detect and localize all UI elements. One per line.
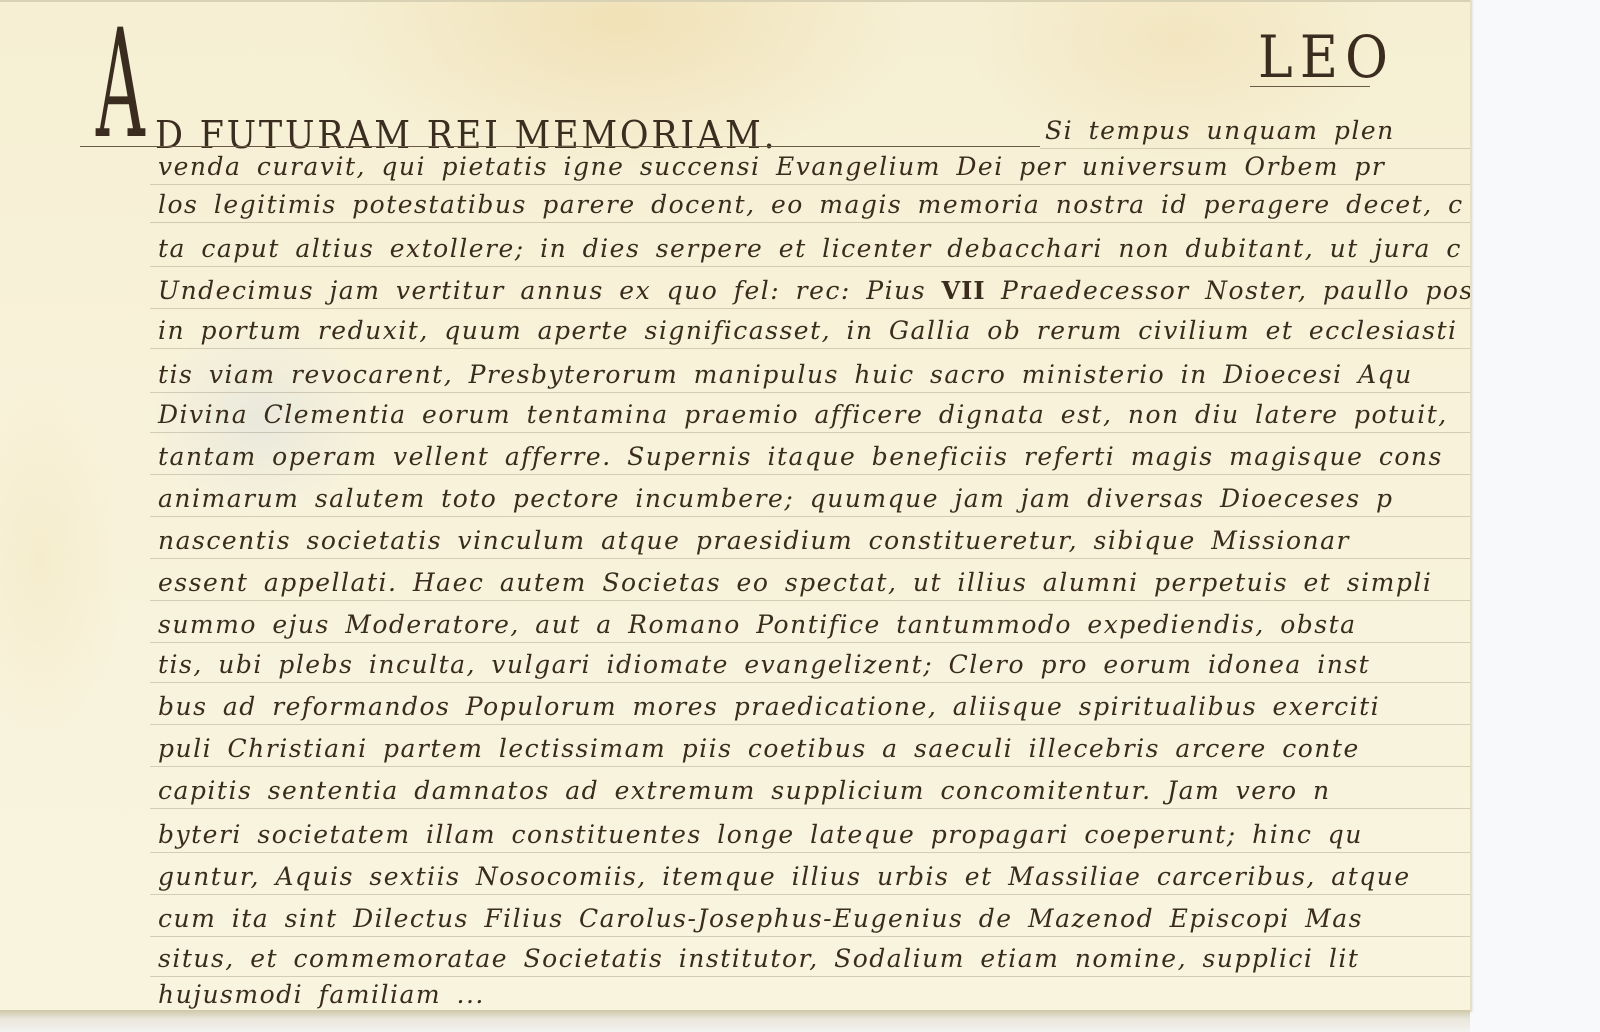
- ruled-line: [150, 308, 1470, 309]
- ruled-line: [150, 936, 1470, 937]
- ruled-line: [150, 766, 1470, 767]
- ruled-line: [150, 642, 1470, 643]
- scan-bottom-edge: [0, 1010, 1470, 1032]
- manuscript-line: Si tempus unquam plen: [1045, 116, 1395, 145]
- manuscript-line: animarum salutem toto pectore incumbere;…: [158, 484, 1394, 513]
- manuscript-line: Divina Clementia eorum tentamina praemio…: [158, 400, 1448, 429]
- manuscript-line: puli Christiani partem lectissimam piis …: [158, 734, 1360, 763]
- ruled-line: [150, 266, 1470, 267]
- ruled-line: [150, 432, 1470, 433]
- ruled-line: [150, 222, 1470, 223]
- manuscript-line: venda curavit, qui pietatis igne succens…: [158, 152, 1385, 181]
- manuscript-line: Undecimus jam vertitur annus ex quo fel:…: [158, 276, 1470, 305]
- manuscript-line: ta caput altius extollere; in dies serpe…: [158, 234, 1462, 263]
- manuscript-line: nascentis societatis vinculum atque prae…: [158, 526, 1350, 555]
- manuscript-line: essent appellati. Haec autem Societas eo…: [158, 568, 1432, 597]
- manuscript-line: bus ad reformandos Populorum mores praed…: [158, 692, 1380, 721]
- ruled-line: [150, 682, 1470, 683]
- manuscript-body: Si tempus unquam plenvenda curavit, qui …: [0, 0, 1470, 1010]
- manuscript-line: tantam operam vellent afferre. Supernis …: [158, 442, 1443, 471]
- manuscript-line: in portum reduxit, quum aperte significa…: [158, 316, 1458, 345]
- manuscript-line: cum ita sint Dilectus Filius Carolus-Jos…: [158, 904, 1363, 933]
- manuscript-line: hujusmodi familiam ...: [158, 980, 485, 1009]
- ruled-line: [150, 724, 1470, 725]
- manuscript-line: los legitimis potestatibus parere docent…: [158, 190, 1464, 219]
- ruled-line: [150, 894, 1470, 895]
- ruled-line: [150, 808, 1470, 809]
- ruled-line: [1040, 148, 1470, 149]
- ruled-line: [150, 852, 1470, 853]
- ruled-line: [150, 600, 1470, 601]
- ruled-line: [150, 558, 1470, 559]
- ruled-line: [150, 976, 1470, 977]
- manuscript-line: tis, ubi plebs inculta, vulgari idiomate…: [158, 650, 1370, 679]
- manuscript-line: byteri societatem illam constituentes lo…: [158, 820, 1363, 849]
- regnal-number: VII: [941, 276, 985, 305]
- manuscript-line: capitis sententia damnatos ad extremum s…: [158, 776, 1331, 805]
- ruled-line: [150, 392, 1470, 393]
- ruled-line: [150, 184, 1470, 185]
- manuscript-line: tis viam revocarent, Presbyterorum manip…: [158, 360, 1413, 389]
- ruled-line: [150, 516, 1470, 517]
- line-text: Praedecessor Noster, paullo post: [986, 276, 1470, 305]
- manuscript-line: situs, et commemoratae Societatis instit…: [158, 944, 1359, 973]
- line-text: Undecimus jam vertitur annus ex quo fel:…: [158, 276, 941, 305]
- ruled-line: [150, 474, 1470, 475]
- manuscript-line: summo ejus Moderatore, aut a Romano Pont…: [158, 610, 1357, 639]
- manuscript-line: guntur, Aquis sextiis Nosocomiis, itemqu…: [158, 862, 1411, 891]
- ruled-line: [150, 348, 1470, 349]
